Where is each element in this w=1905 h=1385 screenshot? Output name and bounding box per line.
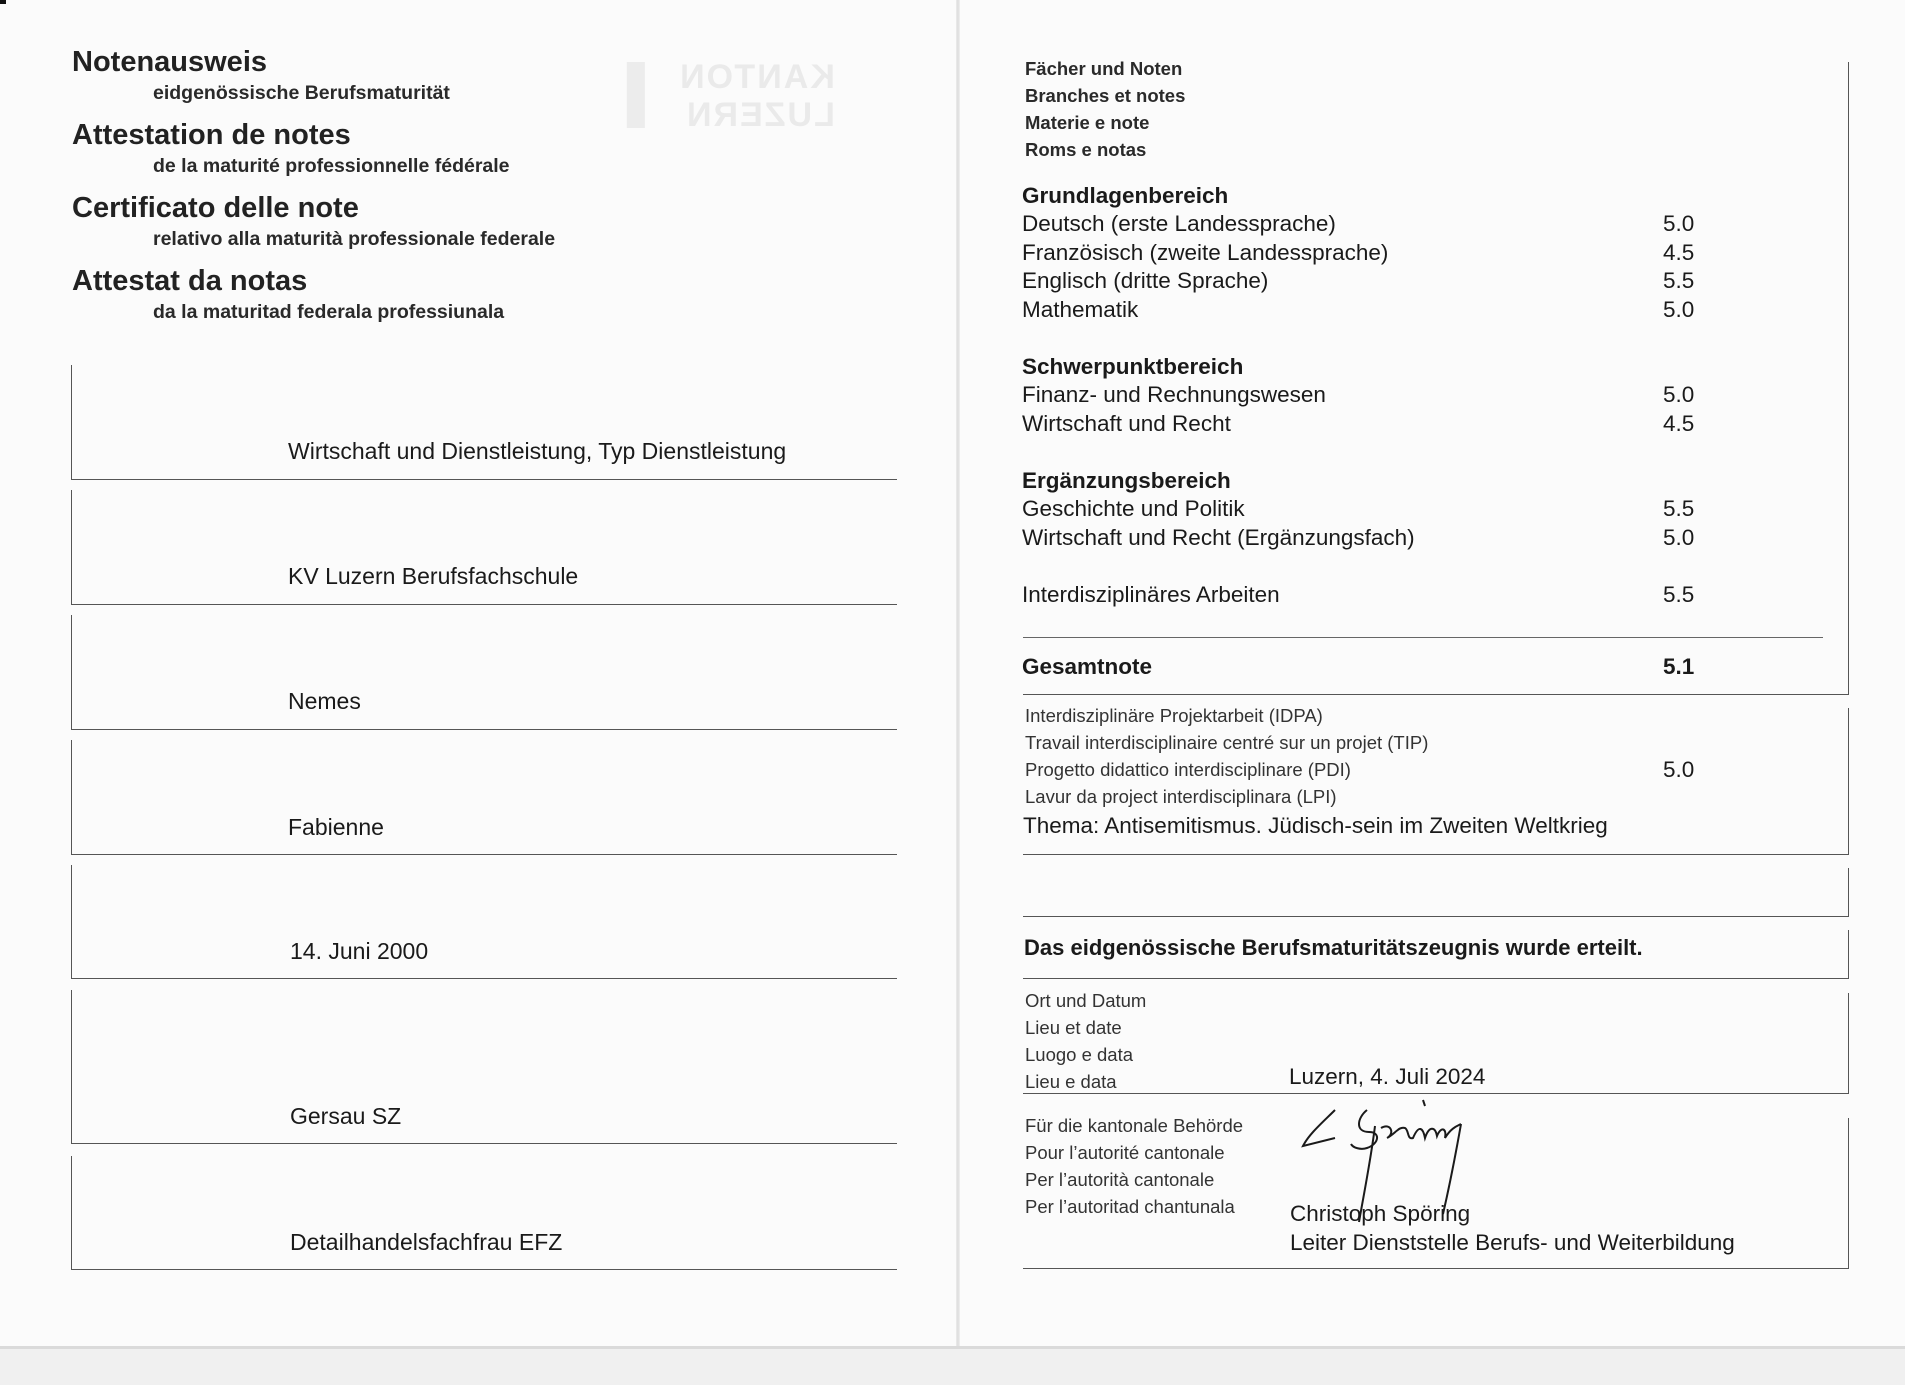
subject-name: Französisch (zweite Landessprache) <box>1022 240 1388 266</box>
title-fr: Attestation de notes <box>72 119 351 152</box>
subject-grade: 5.0 <box>1663 211 1694 237</box>
certificate-statement: Das eidgenössische Berufsmaturitätszeugn… <box>1024 935 1643 961</box>
subject-name: Finanz- und Rechnungswesen <box>1022 382 1326 408</box>
subtitle-rm: da la maturitad federala professiunala <box>153 301 504 324</box>
watermark-crest-icon <box>627 62 645 128</box>
subject-grade: 5.5 <box>1663 496 1694 522</box>
project-grade: 5.0 <box>1663 757 1694 783</box>
subject-grade: 4.5 <box>1663 411 1694 437</box>
place-date-label: Lieu e data <box>1025 1071 1117 1093</box>
project-label: Travail interdisciplinaire centré sur un… <box>1025 732 1428 754</box>
field-value-certificate: Detailhandelsfachfrau EFZ <box>290 1229 562 1256</box>
authority-label: Per l’autorità cantonale <box>1025 1169 1214 1191</box>
place-date-label: Ort und Datum <box>1025 990 1146 1012</box>
corner-mark <box>0 0 6 4</box>
total-label: Gesamtnote <box>1022 654 1152 680</box>
subject-name: Wirtschaft und Recht (Ergänzungsfach) <box>1022 525 1415 551</box>
title-it: Certificato delle note <box>72 192 359 225</box>
section-heading: Grundlagenbereich <box>1022 183 1228 209</box>
subtitle-it: relativo alla maturità professionale fed… <box>153 228 555 251</box>
field-value-birth-date: 14. Juni 2000 <box>290 938 428 965</box>
section-heading: Ergänzungsbereich <box>1022 468 1231 494</box>
field-surname <box>71 615 897 730</box>
total-grade: 5.1 <box>1663 654 1694 680</box>
project-theme: Thema: Antisemitismus. Jüdisch-sein im Z… <box>1023 813 1608 839</box>
watermark-line-2: LUZERN <box>678 96 835 134</box>
field-value-first-name: Fabienne <box>288 814 384 841</box>
field-value-school: KV Luzern Berufsfachschule <box>288 563 578 590</box>
subject-name: Deutsch (erste Landessprache) <box>1022 211 1336 237</box>
header-it: Materie e note <box>1025 112 1149 134</box>
left-page: KANTON LUZERN Notenausweis eidgenössisch… <box>0 0 958 1348</box>
field-value-surname: Nemes <box>288 688 361 715</box>
signatory-role: Leiter Dienststelle Berufs- und Weiterbi… <box>1290 1230 1735 1256</box>
subject-grade: 5.0 <box>1663 297 1694 323</box>
page-bottom-edge <box>0 1346 1905 1349</box>
field-value-origin: Gersau SZ <box>290 1103 401 1130</box>
subject-name: Mathematik <box>1022 297 1138 323</box>
subject-grade: 5.5 <box>1663 268 1694 294</box>
place-date-value: Luzern, 4. Juli 2024 <box>1289 1064 1485 1090</box>
project-label: Lavur da project interdisciplinara (LPI) <box>1025 786 1337 808</box>
subject-grade: 5.0 <box>1663 382 1694 408</box>
show-through-logo: KANTON LUZERN <box>678 58 835 134</box>
header-fr: Branches et notes <box>1025 85 1185 107</box>
field-origin <box>71 990 897 1144</box>
subject-grade: 4.5 <box>1663 240 1694 266</box>
total-divider <box>1023 637 1823 638</box>
field-birth-date <box>71 865 897 979</box>
subject-grade: 5.0 <box>1663 525 1694 551</box>
field-value-orientation: Wirtschaft und Dienstleistung, Typ Diens… <box>288 438 786 465</box>
authority-label: Für die kantonale Behörde <box>1025 1115 1243 1137</box>
field-first-name <box>71 740 897 855</box>
signatory-name: Christoph Spöring <box>1290 1201 1470 1227</box>
subtitle-fr: de la maturité professionnelle fédérale <box>153 155 510 178</box>
section-heading: Schwerpunktbereich <box>1022 354 1243 380</box>
background-surface <box>0 1349 1905 1385</box>
authority-label: Pour l’autorité cantonale <box>1025 1142 1225 1164</box>
interdisciplinary-grade: 5.5 <box>1663 582 1694 608</box>
authority-label: Per l’autoritad chantunala <box>1025 1196 1235 1218</box>
subtitle-de: eidgenössische Berufsmaturität <box>153 82 450 105</box>
subject-name: Englisch (dritte Sprache) <box>1022 268 1268 294</box>
project-label: Progetto didattico interdisciplinare (PD… <box>1025 759 1351 781</box>
title-de: Notenausweis <box>72 46 267 79</box>
header-de: Fächer und Noten <box>1025 58 1182 80</box>
watermark-line-1: KANTON <box>678 58 835 96</box>
place-date-label: Luogo e data <box>1025 1044 1133 1066</box>
empty-box <box>1023 868 1849 917</box>
subject-name: Wirtschaft und Recht <box>1022 411 1231 437</box>
project-label: Interdisziplinäre Projektarbeit (IDPA) <box>1025 705 1323 727</box>
header-rm: Roms e notas <box>1025 139 1146 161</box>
title-rm: Attestat da notas <box>72 265 307 298</box>
subject-name: Geschichte und Politik <box>1022 496 1245 522</box>
interdisciplinary-name: Interdisziplinäres Arbeiten <box>1022 582 1280 608</box>
place-date-label: Lieu et date <box>1025 1017 1122 1039</box>
